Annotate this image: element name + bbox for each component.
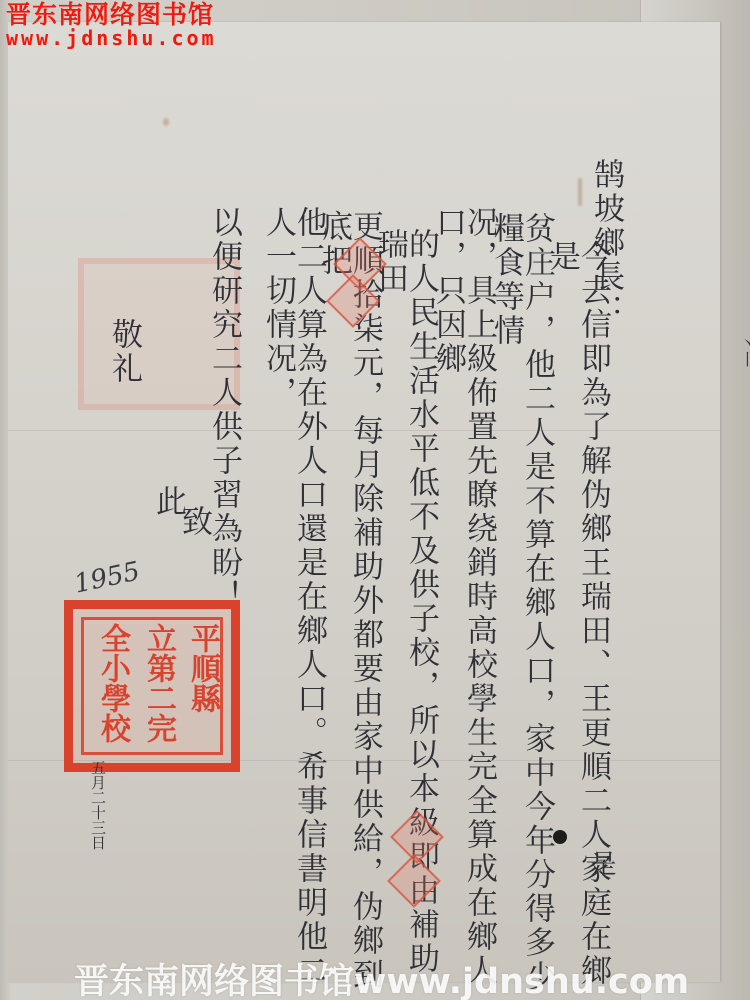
closing-zhi: 致 <box>178 505 209 539</box>
letter-column-3: 况，具上級佈置先瞭绕銷時高校學生完全算成在鄉人口，只因鄉 <box>432 206 494 1000</box>
salutation: 敬礼 <box>108 318 139 386</box>
ink-blot <box>553 830 567 844</box>
date-note: 五月二十三日 <box>90 760 105 850</box>
letter-column-7: 以便研究二人供子習為盼！ <box>208 206 239 614</box>
seal-text-column-1: 平順縣 <box>187 623 217 713</box>
seal-text-column-2: 立第二完 <box>143 623 173 743</box>
correction-mark: 是 <box>588 850 614 879</box>
watermark-bottom: 晋东南网络图书馆www.jdnshu.com <box>74 954 689 1000</box>
margin-marks: 丶丨 <box>735 335 750 367</box>
seal-text-column-3: 全小學校 <box>97 623 127 743</box>
letter-column-1: 今去信即為了解伪鄉王瑞田、王更順二人家庭在鄉是 <box>546 240 608 1000</box>
watermark-top-url: www.jdnshu.com <box>6 28 217 49</box>
paper-stain <box>163 118 169 126</box>
letter-column-2: 贫庄户，他二人是不算在鄉人口，家中今年分得多少糧食等情 <box>490 212 552 1000</box>
watermark-top-title: 晋东南网络图书馆 <box>6 2 217 28</box>
school-seal: 平順縣 立第二完 全小學校 <box>64 600 240 772</box>
letter-column-6: 他二人算為在外人口還是在鄉人口。希事信書明他二人一切情况， <box>262 206 324 1000</box>
letter-column-5: 更順拾柒元，每月除補助外都要由家中供給，伪鄉到底把 <box>318 210 380 1000</box>
watermark-top: 晋东南网络图书馆 www.jdnshu.com <box>6 2 217 49</box>
paper-stain <box>578 178 582 206</box>
